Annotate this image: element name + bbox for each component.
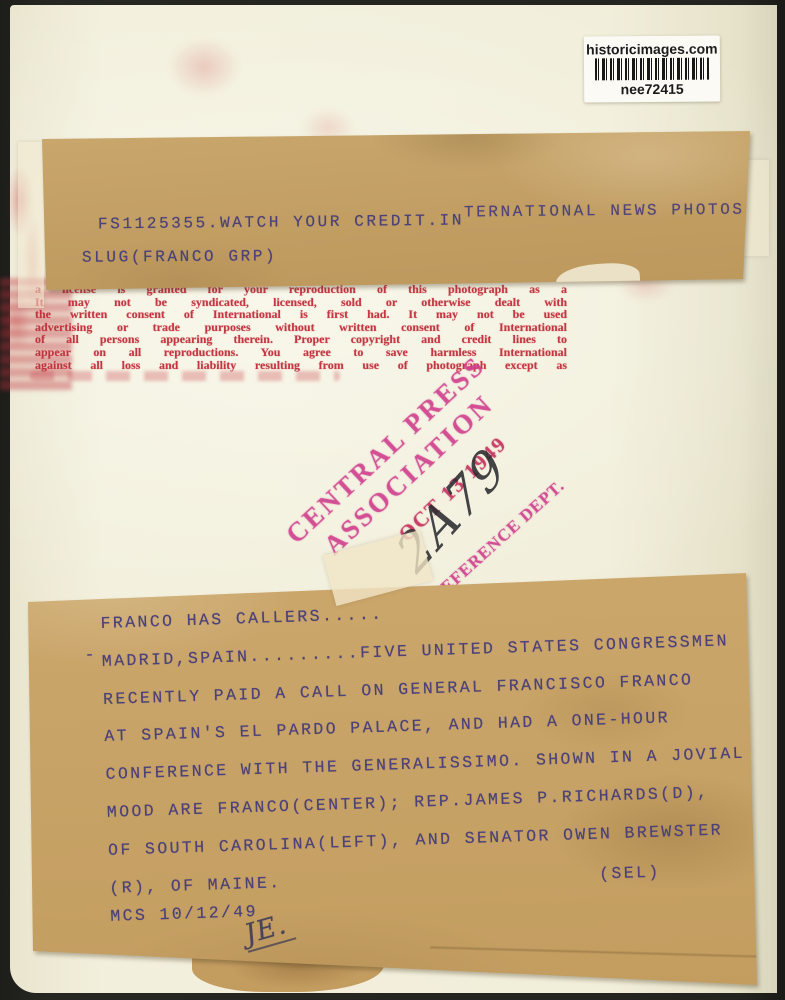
credit-strip-serial: FS1125355.WATCH YOUR CREDIT.IN bbox=[98, 212, 464, 234]
inventory-label-site: historicimages.com bbox=[586, 41, 718, 58]
license-stamp-faint-line bbox=[30, 371, 340, 381]
paper-tear bbox=[555, 261, 641, 299]
inventory-label-code: nee72415 bbox=[621, 81, 684, 97]
barcode bbox=[595, 58, 709, 81]
license-stamp-line: the written consent of International is … bbox=[35, 308, 567, 321]
paper-crease bbox=[430, 946, 760, 957]
credit-strip-paper: FS1125355.WATCH YOUR CREDIT.INTERNATIONA… bbox=[38, 126, 754, 294]
license-stamp-line: appear on all reproductions. You agree t… bbox=[35, 346, 567, 359]
scan-background: a license is granted for your reproducti… bbox=[0, 0, 785, 1000]
credit-strip-serial-line: FS1125355.WATCH YOUR CREDIT.INTERNATIONA… bbox=[98, 209, 745, 234]
caption-sheet-paper: FRANCO HAS CALLERS..... MADRID,SPAIN....… bbox=[25, 565, 761, 990]
credit-strip-credit-raised: TERNATIONAL NEWS PHOTOS bbox=[464, 201, 745, 222]
caption-text: FRANCO HAS CALLERS..... MADRID,SPAIN....… bbox=[100, 584, 749, 907]
credit-strip-slug: SLUG(FRANCO GRP) bbox=[82, 247, 277, 266]
caption-sheet: FRANCO HAS CALLERS..... MADRID,SPAIN....… bbox=[25, 565, 761, 990]
photographer-credit: (SEL) bbox=[599, 863, 661, 884]
license-stamp: a license is granted for your reproducti… bbox=[35, 283, 567, 371]
red-ink-mark bbox=[168, 38, 240, 96]
caption-date-code: MCS 10/12/49 bbox=[110, 902, 258, 926]
margin-dash: - bbox=[84, 645, 97, 664]
credit-strip: FS1125355.WATCH YOUR CREDIT.INTERNATIONA… bbox=[38, 126, 754, 294]
inventory-label: historicimages.com nee72415 bbox=[584, 36, 720, 103]
